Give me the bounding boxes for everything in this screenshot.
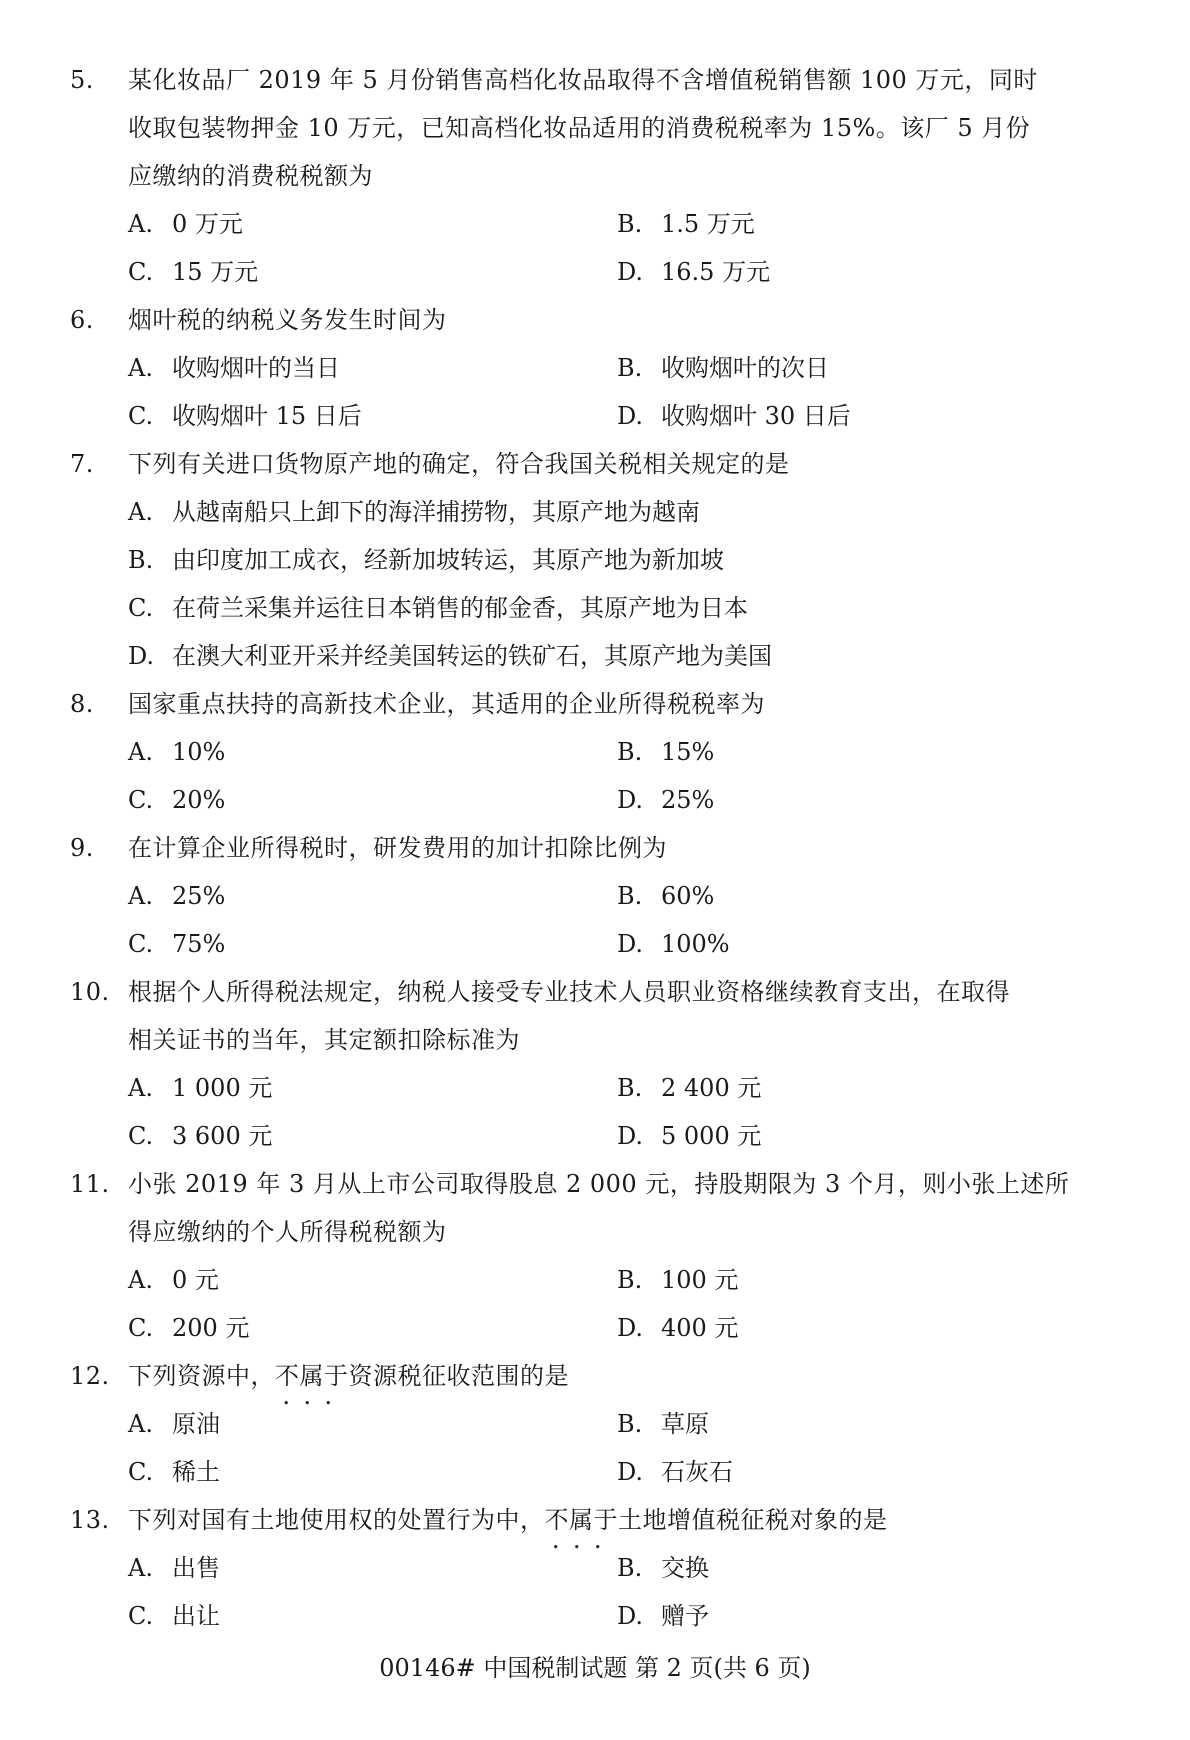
- option-text: 15%: [661, 738, 714, 766]
- option-d: D.在澳大利亚开采并经美国转运的铁矿石，其原产地为美国: [128, 636, 772, 676]
- option-text: 16.5 万元: [661, 258, 770, 286]
- option-label: C.: [128, 1116, 172, 1156]
- option-text: 100%: [661, 930, 730, 958]
- question-number: 5.: [70, 60, 130, 100]
- question-text: 下列对国有土地使用权的处置行为中，不属于土地增值税征税对象的是: [128, 1500, 888, 1540]
- option-d: D.5 000 元: [617, 1116, 761, 1156]
- question-number: 10.: [70, 972, 130, 1012]
- option-label: B.: [617, 1548, 661, 1588]
- option-text: 交换: [661, 1554, 709, 1582]
- question-text: 得应缴纳的个人所得税税额为: [128, 1212, 447, 1252]
- option-text: 5 000 元: [661, 1122, 761, 1150]
- option-c: C.200 元: [128, 1308, 249, 1348]
- option-text: 0 万元: [172, 210, 243, 238]
- question-text: 在计算企业所得税时，研发费用的加计扣除比例为: [128, 828, 667, 868]
- option-text: 由印度加工成衣，经新加坡转运，其原产地为新加坡: [172, 546, 724, 574]
- option-label: C.: [128, 252, 172, 292]
- option-d: D.400 元: [617, 1308, 738, 1348]
- option-text: 在荷兰采集并运往日本销售的郁金香，其原产地为日本: [172, 594, 748, 622]
- option-label: D.: [617, 1308, 661, 1348]
- option-a: A.1 000 元: [128, 1068, 272, 1108]
- question-text: 收取包装物押金 10 万元，已知高档化妆品适用的消费税税率为 15%。该厂 5 …: [128, 108, 1030, 148]
- option-text: 收购烟叶的当日: [172, 354, 340, 382]
- option-a: A.25%: [128, 876, 225, 916]
- emphasis-text: 不属于: [275, 1362, 349, 1390]
- question-text: 小张 2019 年 3 月从上市公司取得股息 2 000 元，持股期限为 3 个…: [128, 1164, 1069, 1204]
- option-label: A.: [128, 204, 172, 244]
- option-text: 原油: [172, 1410, 220, 1438]
- question-text: 某化妆品厂 2019 年 5 月份销售高档化妆品取得不含增值税销售额 100 万…: [128, 60, 1038, 100]
- option-label: A.: [128, 1548, 172, 1588]
- question-text: 下列有关进口货物原产地的确定，符合我国关税相关规定的是: [128, 444, 790, 484]
- option-label: A.: [128, 492, 172, 532]
- option-label: B.: [617, 876, 661, 916]
- option-c: C.收购烟叶 15 日后: [128, 396, 362, 436]
- option-text: 10%: [172, 738, 225, 766]
- option-b: B.交换: [617, 1548, 709, 1588]
- option-c: C.在荷兰采集并运往日本销售的郁金香，其原产地为日本: [128, 588, 748, 628]
- option-text: 20%: [172, 786, 225, 814]
- option-label: B.: [617, 1068, 661, 1108]
- question-number: 7.: [70, 444, 130, 484]
- exam-page: 5. 某化妆品厂 2019 年 5 月份销售高档化妆品取得不含增值税销售额 10…: [0, 0, 1190, 1740]
- option-label: B.: [128, 540, 172, 580]
- option-text: 出让: [172, 1602, 220, 1630]
- option-text: 15 万元: [172, 258, 258, 286]
- option-c: C.20%: [128, 780, 225, 820]
- option-label: C.: [128, 1596, 172, 1636]
- option-text: 收购烟叶的次日: [661, 354, 829, 382]
- option-label: D.: [617, 780, 661, 820]
- question-text: 应缴纳的消费税税额为: [128, 156, 373, 196]
- option-label: C.: [128, 1452, 172, 1492]
- option-a: A.0 万元: [128, 204, 243, 244]
- option-text: 1.5 万元: [661, 210, 755, 238]
- option-d: D.100%: [617, 924, 730, 964]
- option-text: 0 元: [172, 1266, 219, 1294]
- question-number: 11.: [70, 1164, 130, 1204]
- option-b: B.60%: [617, 876, 714, 916]
- option-text: 25%: [661, 786, 714, 814]
- option-text: 200 元: [172, 1314, 249, 1342]
- option-label: A.: [128, 876, 172, 916]
- option-d: D.16.5 万元: [617, 252, 770, 292]
- option-c: C.稀土: [128, 1452, 220, 1492]
- option-label: D.: [617, 396, 661, 436]
- option-d: D.石灰石: [617, 1452, 733, 1492]
- option-b: B.草原: [617, 1404, 709, 1444]
- question-text: 下列资源中，不属于资源税征收范围的是: [128, 1356, 569, 1396]
- option-label: B.: [617, 1404, 661, 1444]
- option-b: B.由印度加工成衣，经新加坡转运，其原产地为新加坡: [128, 540, 724, 580]
- option-text: 1 000 元: [172, 1074, 272, 1102]
- option-text: 2 400 元: [661, 1074, 761, 1102]
- emphasis-text: 不属于: [545, 1506, 619, 1534]
- option-label: C.: [128, 396, 172, 436]
- option-b: B.15%: [617, 732, 714, 772]
- option-label: D.: [617, 1452, 661, 1492]
- option-text: 赠予: [661, 1602, 709, 1630]
- option-label: A.: [128, 1260, 172, 1300]
- option-text: 100 元: [661, 1266, 738, 1294]
- question-number: 6.: [70, 300, 130, 340]
- option-label: B.: [617, 204, 661, 244]
- option-d: D.收购烟叶 30 日后: [617, 396, 851, 436]
- option-b: B.1.5 万元: [617, 204, 755, 244]
- option-text: 收购烟叶 30 日后: [661, 402, 851, 430]
- option-label: D.: [128, 636, 172, 676]
- option-text: 石灰石: [661, 1458, 733, 1486]
- option-c: C.15 万元: [128, 252, 258, 292]
- option-c: C.75%: [128, 924, 225, 964]
- option-a: A.从越南船只上卸下的海洋捕捞物，其原产地为越南: [128, 492, 700, 532]
- option-label: D.: [617, 252, 661, 292]
- option-text: 25%: [172, 882, 225, 910]
- option-label: C.: [128, 780, 172, 820]
- option-a: A.收购烟叶的当日: [128, 348, 340, 388]
- option-label: D.: [617, 924, 661, 964]
- option-text: 出售: [172, 1554, 220, 1582]
- option-text: 收购烟叶 15 日后: [172, 402, 362, 430]
- option-label: A.: [128, 348, 172, 388]
- question-number: 13.: [70, 1500, 130, 1540]
- option-text: 稀土: [172, 1458, 220, 1486]
- option-label: C.: [128, 1308, 172, 1348]
- option-d: D.赠予: [617, 1596, 709, 1636]
- option-text: 草原: [661, 1410, 709, 1438]
- question-number: 8.: [70, 684, 130, 724]
- option-text: 3 600 元: [172, 1122, 272, 1150]
- option-a: A.原油: [128, 1404, 220, 1444]
- option-c: C.出让: [128, 1596, 220, 1636]
- option-text: 400 元: [661, 1314, 738, 1342]
- option-text: 60%: [661, 882, 714, 910]
- option-label: C.: [128, 924, 172, 964]
- option-label: A.: [128, 732, 172, 772]
- question-text: 国家重点扶持的高新技术企业，其适用的企业所得税税率为: [128, 684, 765, 724]
- page-footer: 00146# 中国税制试题 第 2 页(共 6 页): [0, 1648, 1190, 1688]
- question-text: 烟叶税的纳税义务发生时间为: [128, 300, 447, 340]
- question-text: 相关证书的当年，其定额扣除标准为: [128, 1020, 520, 1060]
- option-a: A.出售: [128, 1548, 220, 1588]
- option-text: 从越南船只上卸下的海洋捕捞物，其原产地为越南: [172, 498, 700, 526]
- option-a: A.10%: [128, 732, 225, 772]
- option-label: A.: [128, 1068, 172, 1108]
- option-c: C.3 600 元: [128, 1116, 272, 1156]
- option-d: D.25%: [617, 780, 714, 820]
- option-label: A.: [128, 1404, 172, 1444]
- option-label: C.: [128, 588, 172, 628]
- question-number: 9.: [70, 828, 130, 868]
- option-text: 75%: [172, 930, 225, 958]
- option-b: B.2 400 元: [617, 1068, 761, 1108]
- option-text: 在澳大利亚开采并经美国转运的铁矿石，其原产地为美国: [172, 642, 772, 670]
- option-label: D.: [617, 1596, 661, 1636]
- option-b: B.100 元: [617, 1260, 738, 1300]
- question-number: 12.: [70, 1356, 130, 1396]
- question-text: 根据个人所得税法规定，纳税人接受专业技术人员职业资格继续教育支出，在取得: [128, 972, 1010, 1012]
- option-label: B.: [617, 732, 661, 772]
- option-b: B.收购烟叶的次日: [617, 348, 829, 388]
- option-a: A.0 元: [128, 1260, 219, 1300]
- option-label: D.: [617, 1116, 661, 1156]
- option-label: B.: [617, 348, 661, 388]
- option-label: B.: [617, 1260, 661, 1300]
